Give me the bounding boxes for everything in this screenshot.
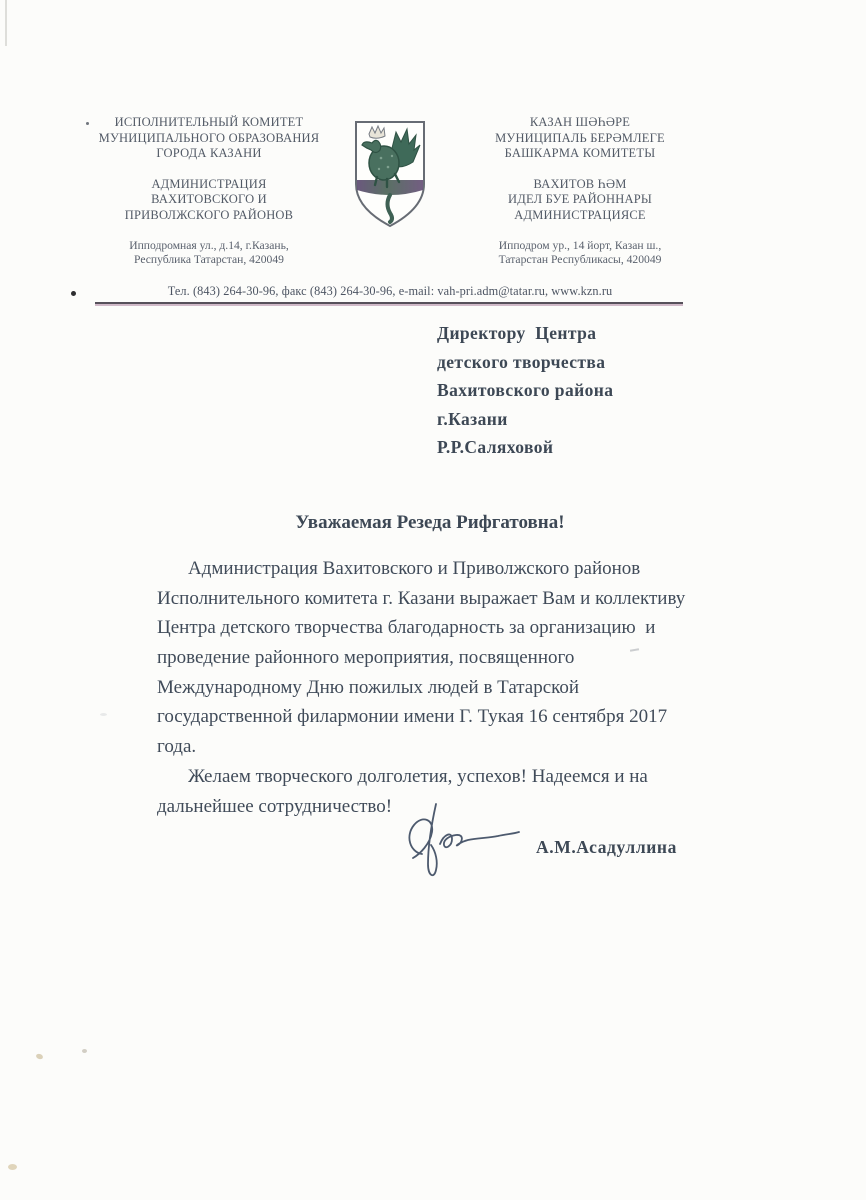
letterhead-divider	[95, 302, 683, 304]
dept-name-line: ВАХИТОВ ҺӘМ	[446, 177, 714, 193]
recipient-block: Директору Центра детского творчества Вах…	[437, 319, 613, 462]
body-line: года.	[157, 736, 697, 766]
salutation: Уважаемая Резеда Рифгатовна!	[205, 512, 655, 534]
recipient-line: Директору Центра	[437, 319, 613, 348]
body-line: государственной филармонии имени Г. Тука…	[157, 706, 697, 736]
address-line: Ипподромная ул., д.14, г.Казань,	[68, 239, 350, 253]
org-name-line: МУНИЦИПАЛЬНОГО ОБРАЗОВАНИЯ	[68, 131, 350, 147]
scan-speck	[82, 1049, 87, 1053]
dept-name-line: ПРИВОЛЖСКОГО РАЙОНОВ	[68, 208, 350, 224]
org-name-line: БАШКАРМА КОМИТЕТЫ	[446, 146, 714, 162]
org-name-line: КАЗАН ШӘҺӘРЕ	[446, 115, 714, 131]
body-line: Администрация Вахитовского и Приволжског…	[157, 558, 697, 588]
scan-speck	[8, 1164, 17, 1170]
scan-speck	[35, 1053, 43, 1060]
body-line: проведение районного мероприятия, посвящ…	[157, 647, 697, 677]
scan-speck	[100, 713, 107, 716]
org-name-line: ИСПОЛНИТЕЛЬНЫЙ КОМИТЕТ	[68, 115, 350, 131]
body-line: Центра детского творчества благодарность…	[157, 617, 697, 647]
letter-body: Администрация Вахитовского и Приволжског…	[157, 558, 697, 825]
letterhead-russian: ИСПОЛНИТЕЛЬНЫЙ КОМИТЕТ МУНИЦИПАЛЬНОГО ОБ…	[68, 115, 350, 267]
contact-line: Тел. (843) 264-30-96, факс (843) 264-30-…	[95, 284, 685, 299]
dept-name-line: АДМИНИСТРАЦИЯ	[68, 177, 350, 193]
org-name-line: МУНИЦИПАЛЬ БЕРӘМЛЕГЕ	[446, 131, 714, 147]
handwritten-signature	[392, 792, 527, 887]
address-line: Ипподром ур., 14 йорт, Казан ш.,	[446, 239, 714, 253]
recipient-line: г.Казани	[437, 405, 613, 434]
body-line: Исполнительного комитета г. Казани выраж…	[157, 588, 697, 618]
scan-speck	[71, 291, 76, 296]
scanned-letter-page: ИСПОЛНИТЕЛЬНЫЙ КОМИТЕТ МУНИЦИПАЛЬНОГО ОБ…	[0, 0, 866, 1200]
org-name-line: ГОРОДА КАЗАНИ	[68, 146, 350, 162]
address-line: Татарстан Республикасы, 420049	[446, 253, 714, 267]
letterhead-tatar: КАЗАН ШӘҺӘРЕ МУНИЦИПАЛЬ БЕРӘМЛЕГЕ БАШКАР…	[446, 115, 714, 267]
dept-name-line: ВАХИТОВСКОГО И	[68, 192, 350, 208]
kazan-coat-of-arms-icon	[351, 118, 429, 231]
address-line: Республика Татарстан, 420049	[68, 253, 350, 267]
recipient-line: Вахитовского района	[437, 376, 613, 405]
signer-name: А.М.Асадуллина	[536, 837, 677, 858]
dept-name-line: ИДЕЛ БУЕ РАЙОННАРЫ	[446, 192, 714, 208]
recipient-line: детского творчества	[437, 348, 613, 377]
body-line: Международному Дню пожилых людей в Татар…	[157, 677, 697, 707]
recipient-line: Р.Р.Саляховой	[437, 433, 613, 462]
dept-name-line: АДМИНИСТРАЦИЯСЕ	[446, 208, 714, 224]
scan-edge-line	[5, 0, 7, 46]
